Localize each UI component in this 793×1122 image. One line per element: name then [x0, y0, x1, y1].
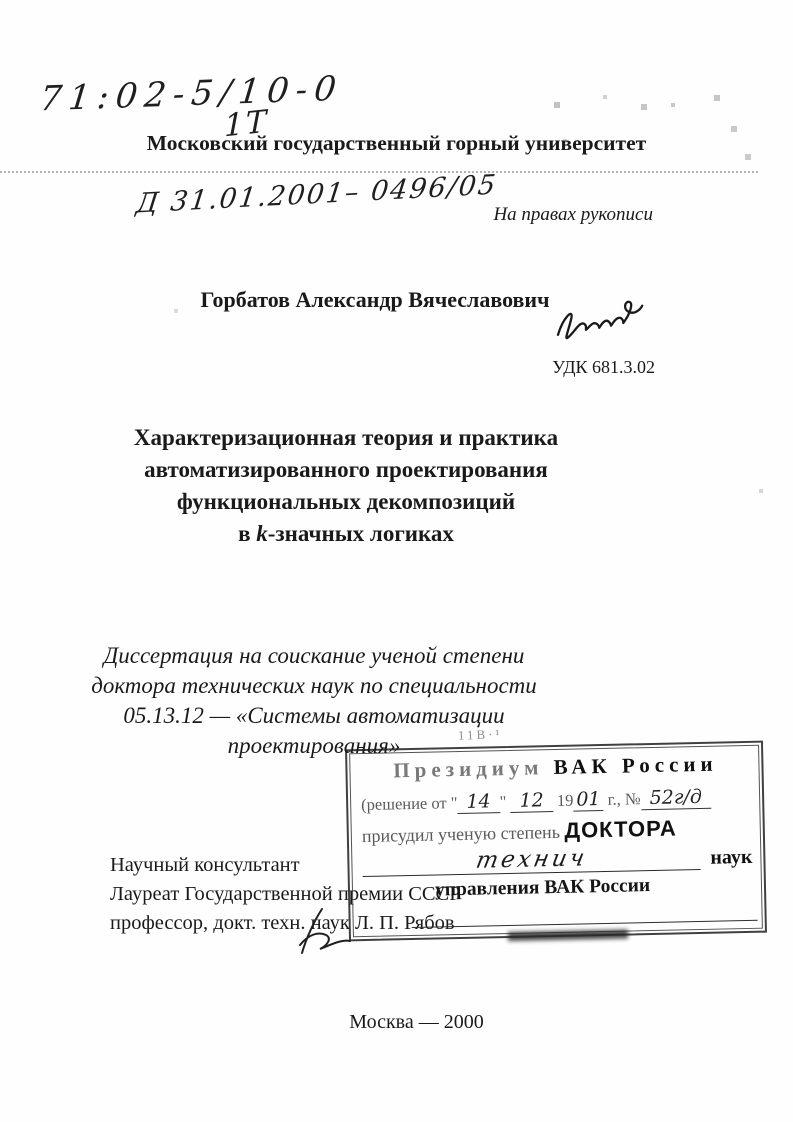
- title-line-2: автоматизированного проектирования: [0, 454, 692, 486]
- city-year-footer: Москва — 2000: [40, 1011, 793, 1034]
- scanned-title-page: 71:02-5/10-0 1Т Московский государственн…: [0, 0, 793, 1122]
- manuscript-rights-note: На правах рукописи: [493, 204, 653, 226]
- handwritten-catalog-number: 71:02-5/10-0: [38, 69, 345, 120]
- stamp-degree-word: ДОКТОРА: [564, 815, 677, 842]
- title-line-1: Характеризационная теория и практика: [0, 422, 692, 454]
- stamp-handwritten-month: 12: [510, 789, 553, 813]
- thesis-line-1: Диссертация на соискание ученой степени: [0, 641, 628, 671]
- stamp-handwritten-number: 52г/д: [640, 786, 711, 810]
- scan-artifact-text: 11В·¹: [458, 726, 503, 744]
- stamp-header: Президиум ВАК России: [360, 751, 750, 784]
- stamp-specialty-line: технич наук: [362, 842, 752, 877]
- stamp-handwritten-day: 14: [457, 790, 500, 814]
- title-line-4: в k-значных логиках: [0, 518, 692, 550]
- thesis-description: Диссертация на соискание ученой степени …: [0, 641, 628, 761]
- title-line-3: функциональных декомпозиций: [0, 486, 692, 518]
- udk-classification: УДК 681.3.02: [552, 357, 655, 378]
- thesis-line-3: 05.13.12 — «Системы автоматизации: [0, 701, 628, 731]
- consultant-signature: [292, 905, 356, 962]
- vak-approval-stamp: Президиум ВАК России (решение от "14" 12…: [345, 741, 767, 942]
- stamp-signature-line: [412, 920, 758, 928]
- thesis-line-2: доктора технических наук по специальност…: [0, 671, 628, 701]
- stamp-department-line: управления ВАК России: [363, 873, 753, 903]
- university-name: Московский государственный горный универ…: [0, 131, 793, 156]
- stamp-inner-frame: Президиум ВАК России (решение от "14" 12…: [349, 745, 763, 938]
- stamp-decision-line: (решение от "14" 12 1901 г., №52г/д: [361, 785, 751, 815]
- author-signature: [546, 294, 646, 351]
- handwritten-registration-number: Д 31.01.2001– 0496/05: [134, 169, 499, 219]
- stamp-handwritten-year: 01: [573, 788, 604, 812]
- separator-dashed-line: [0, 171, 758, 173]
- scan-noise-speckles: [0, 0, 2, 2]
- dissertation-title: Характеризационная теория и практика авт…: [0, 422, 692, 550]
- k-variable: k: [256, 521, 268, 546]
- stamp-ink-smudge: [508, 930, 628, 942]
- stamp-handwritten-specialty: технич: [474, 845, 590, 873]
